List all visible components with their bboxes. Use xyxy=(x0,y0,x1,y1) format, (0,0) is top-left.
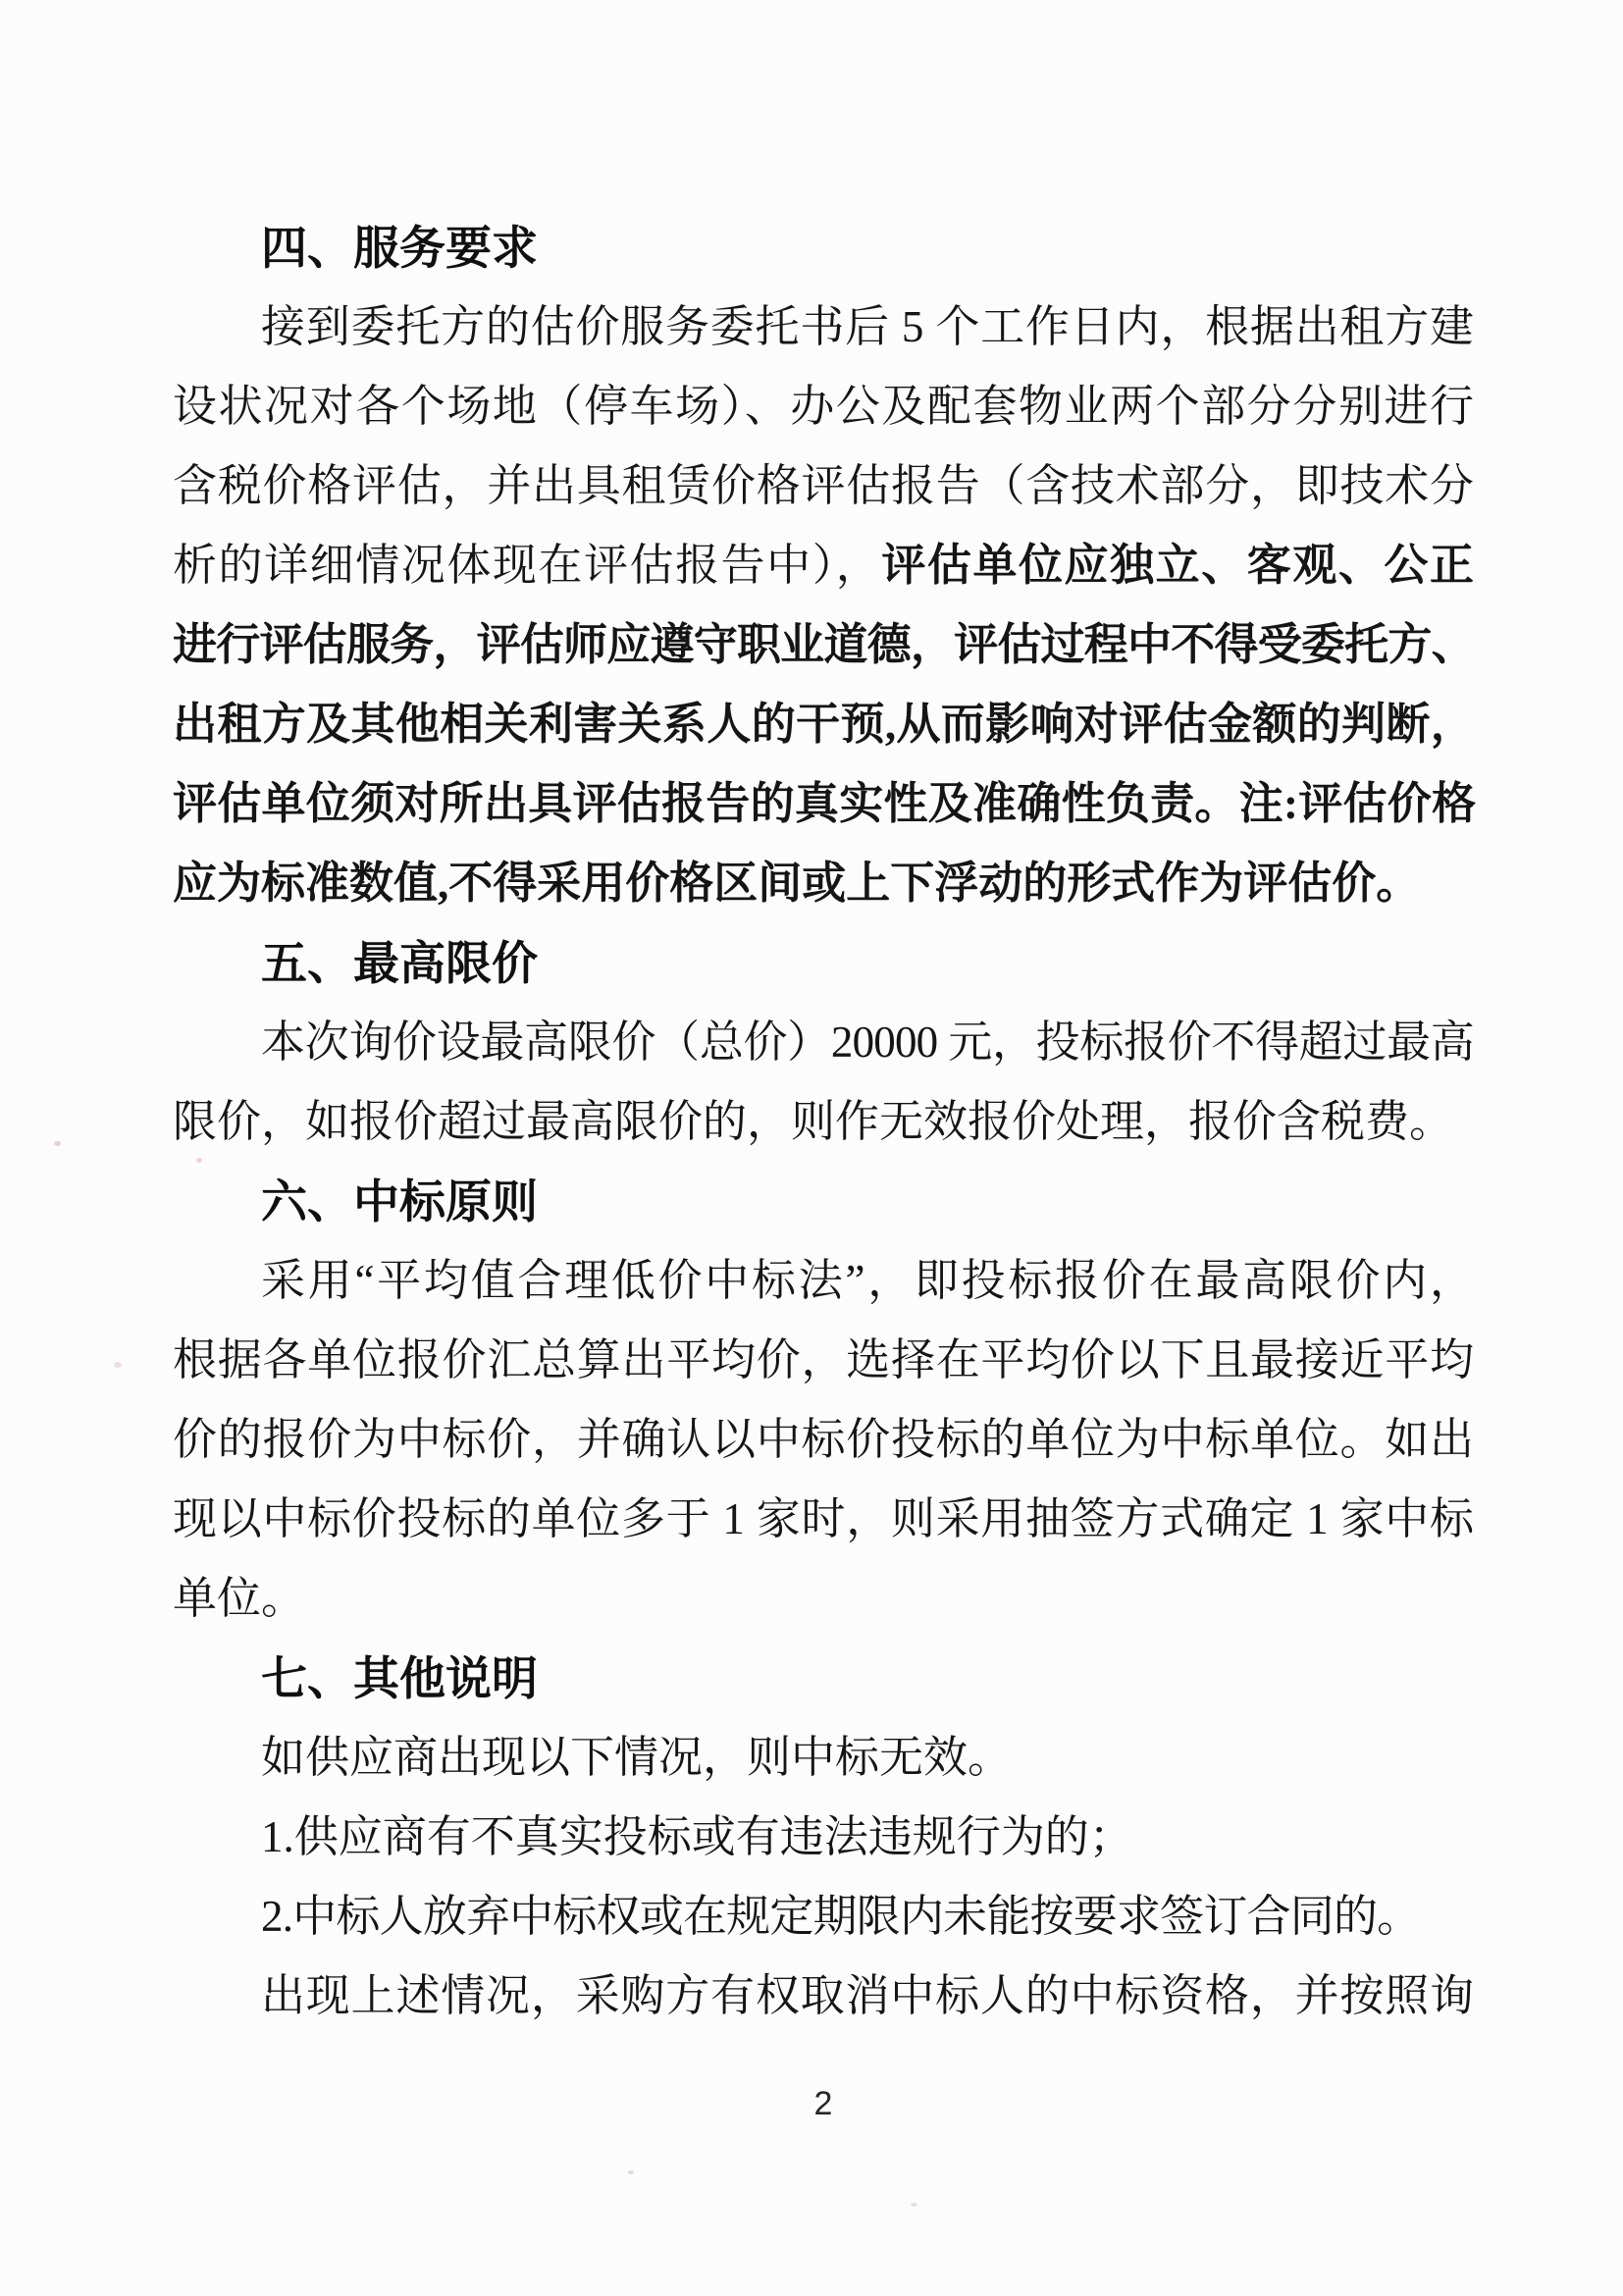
section-heading: 四、服务要求 xyxy=(173,208,1474,287)
text-line: 出现上述情况，采购方有权取消中标人的中标资格，并按照询 xyxy=(173,1957,1474,2036)
text-run: 接到委托方的估价服务委托书后 5 个工作日内，根据出租方建 xyxy=(261,302,1474,351)
text-line: 设状况对各个场地（停车场）、办公及配套物业两个部分分别进行 xyxy=(173,367,1474,446)
text-line: 现以中标价投标的单位多于 1 家时，则采用抽签方式确定 1 家中标 xyxy=(173,1480,1474,1559)
bold-text-run: 评估单位须对所出具评估报告的真实性及准确性负责。注:评估价格 xyxy=(173,779,1474,828)
text-run: 析的详细情况体现在评估报告中）， xyxy=(173,541,881,590)
text-run: 价的报价为中标价，并确认以中标价投标的单位为中标单位。如出 xyxy=(173,1415,1474,1464)
bold-text-run: 评估单位应独立、客观、公正 xyxy=(881,541,1474,590)
text-run: 2.中标人放弃中标权或在规定期限内未能按要求签订合同的。 xyxy=(261,1892,1420,1941)
section-heading: 六、中标原则 xyxy=(173,1162,1474,1241)
document-body: 四、服务要求接到委托方的估价服务委托书后 5 个工作日内，根据出租方建设状况对各… xyxy=(173,208,1474,2036)
text-run: 设状况对各个场地（停车场）、办公及配套物业两个部分分别进行 xyxy=(173,382,1474,431)
text-line: 2.中标人放弃中标权或在规定期限内未能按要求签订合同的。 xyxy=(173,1877,1474,1957)
text-line: 根据各单位报价汇总算出平均价，选择在平均价以下且最接近平均 xyxy=(173,1321,1474,1400)
text-line: 限价，如报价超过最高限价的，则作无效报价处理，报价含税费。 xyxy=(173,1082,1474,1162)
text-line: 价的报价为中标价，并确认以中标价投标的单位为中标单位。如出 xyxy=(173,1400,1474,1480)
bold-text-run: 应为标准数值,不得采用价格区间或上下浮动的形式作为评估价。 xyxy=(173,859,1420,908)
text-run: 现以中标价投标的单位多于 1 家时，则采用抽签方式确定 1 家中标 xyxy=(173,1494,1474,1543)
text-line: 应为标准数值,不得采用价格区间或上下浮动的形式作为评估价。 xyxy=(173,844,1474,923)
scan-speck xyxy=(114,1362,122,1368)
text-run: 限价，如报价超过最高限价的，则作无效报价处理，报价含税费。 xyxy=(173,1097,1453,1146)
text-line: 本次询价设最高限价（总价）20000 元，投标报价不得超过最高 xyxy=(173,1003,1474,1082)
text-run: 单位。 xyxy=(173,1574,305,1623)
text-line: 出租方及其他相关利害关系人的干预,从而影响对评估金额的判断， xyxy=(173,685,1474,764)
scan-speck xyxy=(54,1141,61,1146)
text-line: 1.供应商有不真实投标或有违法违规行为的； xyxy=(173,1798,1474,1877)
text-run: 采用“平均值合理低价中标法”，即投标报价在最高限价内， xyxy=(261,1256,1474,1305)
text-run: 出现上述情况，采购方有权取消中标人的中标资格，并按照询 xyxy=(261,1971,1474,2020)
text-run: 本次询价设最高限价（总价）20000 元，投标报价不得超过最高 xyxy=(261,1018,1474,1067)
scan-speck xyxy=(911,2203,917,2207)
text-line: 如供应商出现以下情况，则中标无效。 xyxy=(173,1718,1474,1798)
text-line: 采用“平均值合理低价中标法”，即投标报价在最高限价内， xyxy=(173,1241,1474,1321)
text-run: 含税价格评估，并出具租赁价格评估报告（含技术部分，即技术分 xyxy=(173,461,1474,510)
text-line: 接到委托方的估价服务委托书后 5 个工作日内，根据出租方建 xyxy=(173,287,1474,367)
section-heading: 七、其他说明 xyxy=(173,1639,1474,1718)
text-run: 1.供应商有不真实投标或有违法违规行为的； xyxy=(261,1812,1133,1861)
section-heading: 五、最高限价 xyxy=(173,923,1474,1003)
text-line: 评估单位须对所出具评估报告的真实性及准确性负责。注:评估价格 xyxy=(173,764,1474,844)
scanned-document-page: 四、服务要求接到委托方的估价服务委托书后 5 个工作日内，根据出租方建设状况对各… xyxy=(0,0,1623,2296)
text-line: 单位。 xyxy=(173,1559,1474,1639)
bold-text-run: 出租方及其他相关利害关系人的干预,从而影响对评估金额的判断， xyxy=(173,700,1474,749)
text-run: 如供应商出现以下情况，则中标无效。 xyxy=(261,1733,1012,1782)
page-number: 2 xyxy=(173,2084,1474,2123)
text-line: 进行评估服务，评估师应遵守职业道德，评估过程中不得受委托方、 xyxy=(173,605,1474,685)
text-line: 析的详细情况体现在评估报告中），评估单位应独立、客观、公正 xyxy=(173,526,1474,605)
text-line: 含税价格评估，并出具租赁价格评估报告（含技术部分，即技术分 xyxy=(173,446,1474,526)
scan-speck xyxy=(628,2170,634,2174)
bold-text-run: 进行评估服务，评估师应遵守职业道德，评估过程中不得受委托方、 xyxy=(173,620,1474,669)
text-run: 根据各单位报价汇总算出平均价，选择在平均价以下且最接近平均 xyxy=(173,1335,1474,1384)
